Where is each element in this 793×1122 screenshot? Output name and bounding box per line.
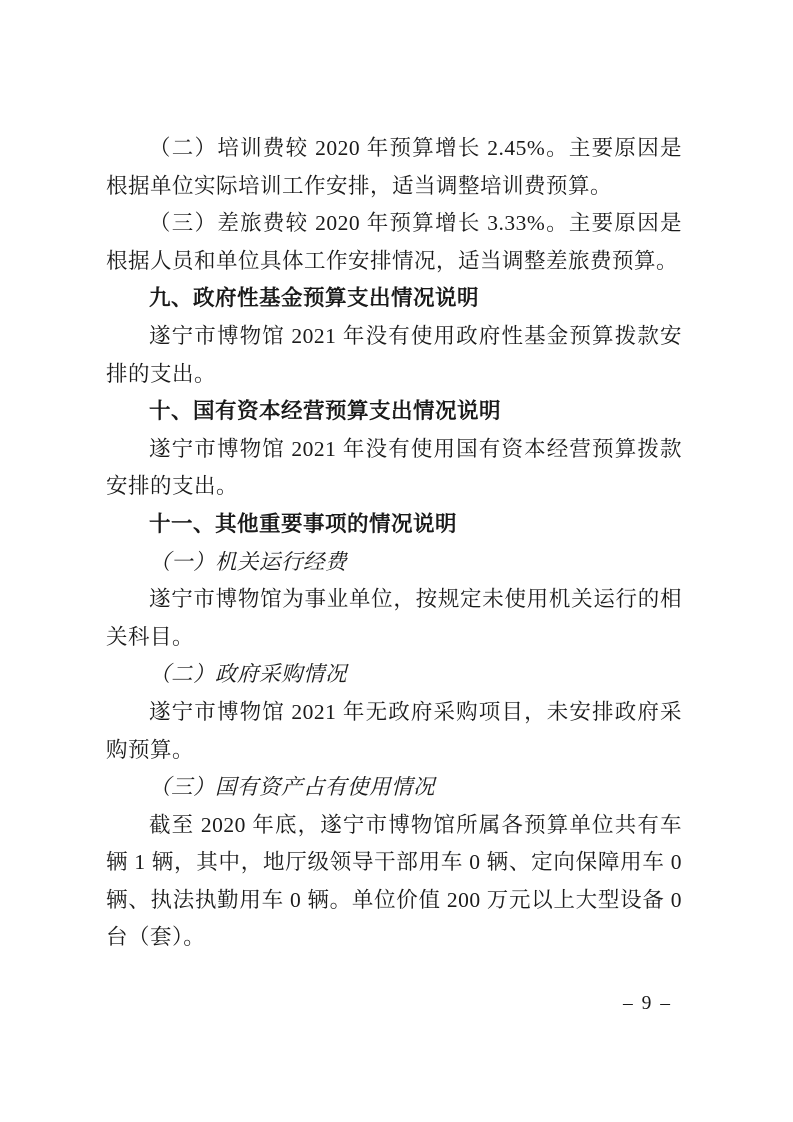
para-travel-fee: （三）差旅费较 2020 年预算增长 3.33%。主要原因是根据人员和单位具体工… xyxy=(106,205,682,280)
para-agency-operating-funds: 遂宁市博物馆为事业单位，按规定未使用机关运行的相关科目。 xyxy=(106,581,682,656)
document-page: （二）培训费较 2020 年预算增长 2.45%。主要原因是根据单位实际培训工作… xyxy=(0,0,793,1122)
heading-section-nine: 九、政府性基金预算支出情况说明 xyxy=(106,280,682,318)
subheading-agency-operating-funds: （一）机关运行经费 xyxy=(106,544,682,582)
subheading-state-assets: （三）国有资产占有使用情况 xyxy=(106,769,682,807)
para-training-fee: （二）培训费较 2020 年预算增长 2.45%。主要原因是根据单位实际培训工作… xyxy=(106,130,682,205)
para-section-ten-body: 遂宁市博物馆 2021 年没有使用国有资本经营预算拨款安排的支出。 xyxy=(106,431,682,506)
page-number: – 9 – xyxy=(623,993,672,1015)
para-state-assets: 截至 2020 年底，遂宁市博物馆所属各预算单位共有车辆 1 辆，其中，地厅级领… xyxy=(106,807,682,957)
para-government-procurement: 遂宁市博物馆 2021 年无政府采购项目，未安排政府采购预算。 xyxy=(106,694,682,769)
document-body: （二）培训费较 2020 年预算增长 2.45%。主要原因是根据单位实际培训工作… xyxy=(106,130,682,957)
heading-section-ten: 十、国有资本经营预算支出情况说明 xyxy=(106,393,682,431)
para-section-nine-body: 遂宁市博物馆 2021 年没有使用政府性基金预算拨款安排的支出。 xyxy=(106,318,682,393)
subheading-government-procurement: （二）政府采购情况 xyxy=(106,656,682,694)
heading-section-eleven: 十一、其他重要事项的情况说明 xyxy=(106,506,682,544)
